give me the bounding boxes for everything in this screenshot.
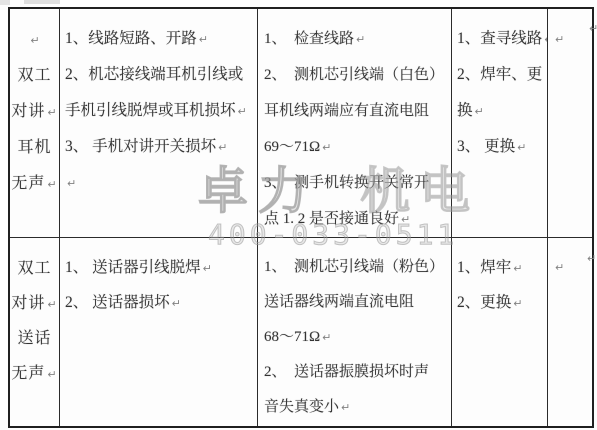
text-line: 69～71Ω↵ — [264, 129, 451, 165]
line-text: 69～71Ω — [264, 139, 320, 155]
paragraph-mark-icon: ↵ — [218, 141, 227, 154]
text-line: 点 1. 2 是否接通良好↵ — [264, 201, 451, 237]
paragraph-mark-icon: ↵ — [47, 298, 57, 311]
text-line: 换↵ — [457, 93, 547, 129]
paragraph-mark-icon: ↵ — [47, 368, 57, 381]
line-text: 2、 测机芯引线端（白色） — [264, 67, 444, 83]
paragraph-mark-icon: ↵ — [322, 331, 331, 344]
text-line: 音失真变小↵ — [264, 390, 451, 425]
line-text: 3、 更换 — [457, 138, 515, 155]
line-text: 1、焊牢 — [457, 259, 511, 276]
paragraph-mark-icon: ↵ — [172, 297, 181, 310]
paragraph-mark-icon: ↵ — [67, 177, 76, 190]
line-text: 1、查寻线路 — [457, 30, 542, 47]
text-line: 无声↵ — [10, 356, 59, 391]
line-text: 音失真变小 — [264, 399, 339, 415]
line-text: 对讲 — [11, 103, 45, 120]
text-line: 双工 — [10, 58, 59, 94]
cell-duplex-intercom-earphone-silent-checks: 1、 检查线路↵2、 测机芯引线端（白色）耳机线两端应有直流电阻69～71Ω↵3… — [258, 9, 452, 238]
paragraph-mark-icon: ↵ — [401, 213, 410, 226]
paragraph-mark-icon: ↵ — [356, 33, 365, 46]
line-text: 68～71Ω — [264, 329, 320, 345]
text-line: ↵ — [553, 21, 592, 57]
text-line: 2、更换↵ — [457, 285, 547, 320]
line-text: 2、 送话器损坏 — [65, 294, 170, 311]
line-text: 耳机线两端应有直流电阻 — [264, 103, 429, 119]
cell-duplex-intercom-mic-silent-causes: 1、 送话器引线脱焊↵2、 送话器损坏↵ — [60, 238, 258, 426]
paragraph-mark-icon: ↵ — [587, 252, 596, 265]
scan-artifact — [24, 0, 60, 4]
paragraph-mark-icon: ↵ — [517, 141, 526, 154]
line-text: 双工 — [17, 260, 51, 277]
text-line: 1、查寻线路↵ — [457, 21, 547, 57]
line-text: 1、线路短路、开路 — [65, 30, 197, 47]
text-line: 3、 测手机转换开关常开 — [264, 165, 451, 201]
text-line: 3、 手机对讲开关损坏↵ — [65, 129, 257, 165]
text-line: 1、 检查线路↵ — [264, 21, 451, 57]
line-text: 1、 送话器引线脱焊 — [65, 259, 201, 276]
text-line: 2、机芯接线端耳机引线或 — [65, 57, 257, 93]
line-text: 2、更换 — [457, 294, 511, 311]
paragraph-mark-icon: ↵ — [341, 401, 350, 414]
text-line: 手机引线脱焊或耳机损坏↵ — [65, 93, 257, 129]
text-line: 2、 送话器损坏↵ — [65, 285, 257, 320]
paragraph-mark-icon: ↵ — [589, 22, 597, 35]
cell-duplex-intercom-earphone-silent-symptom: ↵双工对讲↵耳机无声↵ — [10, 9, 60, 238]
text-line: 送话器线两端直流电阻 — [264, 285, 451, 320]
text-line: 3、 更换↵ — [457, 129, 547, 165]
line-text: 3、 手机对讲开关损坏 — [65, 138, 216, 155]
paragraph-mark-icon: ↵ — [555, 261, 564, 274]
paragraph-mark-icon: ↵ — [47, 178, 57, 191]
text-line: 无声↵ — [10, 166, 59, 202]
line-text: 2、 送话器振膜损坏时声 — [264, 364, 429, 380]
line-text: 换 — [457, 102, 473, 119]
cell-duplex-intercom-mic-silent-remedies: 1、焊牢↵2、更换↵ — [452, 238, 548, 426]
text-line: 耳机线两端应有直流电阻 — [264, 93, 451, 129]
cell-duplex-intercom-earphone-silent-causes: 1、线路短路、开路↵2、机芯接线端耳机引线或手机引线脱焊或耳机损坏↵3、 手机对… — [60, 9, 258, 238]
line-text: 双工 — [17, 67, 51, 84]
paragraph-mark-icon: ↵ — [475, 105, 484, 118]
line-text: 送话器线两端直流电阻 — [264, 294, 414, 310]
paragraph-mark-icon: ↵ — [47, 106, 57, 119]
text-line: ↵ — [10, 22, 59, 58]
line-text: 3、 测手机转换开关常开 — [264, 175, 429, 191]
text-line: 2、 测机芯引线端（白色） — [264, 57, 451, 93]
line-text: 2、机芯接线端耳机引线或 — [65, 66, 243, 83]
line-text: 耳机 — [17, 139, 51, 156]
document-page: { "colors": { "border": "#1f1f1f", "inne… — [0, 0, 597, 430]
line-text: 点 1. 2 是否接通良好 — [264, 211, 399, 227]
line-text: 无声 — [11, 365, 45, 382]
paragraph-mark-icon: ↵ — [203, 262, 212, 275]
text-line: 1、线路短路、开路↵ — [65, 21, 257, 57]
text-line: 68～71Ω↵ — [264, 320, 451, 355]
scan-artifact — [0, 0, 10, 5]
cell-duplex-intercom-mic-silent-checks: 1、 测机芯引线端（粉色）送话器线两端直流电阻68～71Ω↵2、 送话器振膜损坏… — [258, 238, 452, 426]
line-text: 2、焊牢、更 — [457, 66, 542, 83]
line-text: 无声 — [11, 175, 45, 192]
cell-duplex-intercom-earphone-silent-remedies: 1、查寻线路↵2、焊牢、更换↵3、 更换↵ — [452, 9, 548, 238]
text-line: 2、焊牢、更 — [457, 57, 547, 93]
text-line: 送话 — [10, 321, 59, 356]
line-text: 手机引线脱焊或耳机损坏 — [65, 102, 236, 119]
paragraph-mark-icon: ↵ — [513, 262, 522, 275]
fault-table: ↵双工对讲↵耳机无声↵1、线路短路、开路↵2、机芯接线端耳机引线或手机引线脱焊或… — [8, 7, 594, 428]
text-line: 双工 — [10, 251, 59, 286]
text-line: 对讲↵ — [10, 94, 59, 130]
text-line: 2、 送话器振膜损坏时声 — [264, 355, 451, 390]
cell-duplex-intercom-mic-silent-symptom: 双工对讲↵送话无声↵ — [10, 238, 60, 426]
paragraph-mark-icon: ↵ — [30, 34, 40, 47]
line-text: 1、 测机芯引线端（粉色） — [264, 259, 444, 275]
cell-duplex-intercom-mic-silent-note: ↵ — [548, 238, 592, 426]
paragraph-mark-icon: ↵ — [238, 105, 247, 118]
paragraph-mark-icon: ↵ — [322, 141, 331, 154]
text-line: 1、 送话器引线脱焊↵ — [65, 250, 257, 285]
paragraph-mark-icon: ↵ — [513, 297, 522, 310]
text-line: 对讲↵ — [10, 286, 59, 321]
paragraph-mark-icon: ↵ — [555, 33, 564, 46]
text-line: 耳机 — [10, 130, 59, 166]
text-line: 1、焊牢↵ — [457, 250, 547, 285]
text-line: ↵ — [65, 165, 257, 201]
paragraph-mark-icon: ↵ — [199, 33, 208, 46]
text-line: 1、 测机芯引线端（粉色） — [264, 250, 451, 285]
line-text: 对讲 — [11, 295, 45, 312]
line-text: 1、 检查线路 — [264, 31, 354, 47]
cell-duplex-intercom-earphone-silent-note: ↵ — [548, 9, 592, 238]
line-text: 送话 — [17, 330, 51, 347]
